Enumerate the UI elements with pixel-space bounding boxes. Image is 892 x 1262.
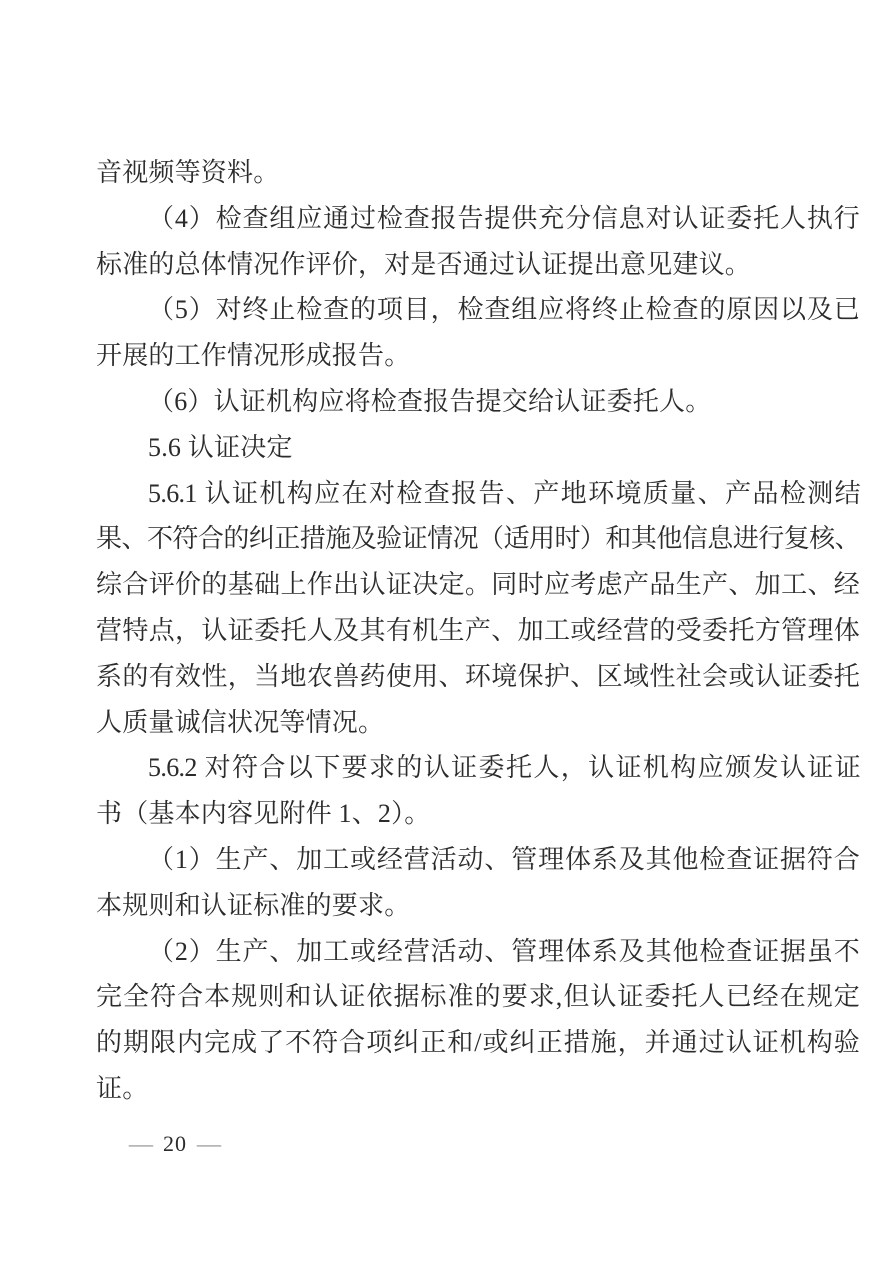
text-line: 本规则和认证标准的要求。: [96, 883, 860, 929]
text-line: 果、不符合的纠正措施及验证情况（适用时）和其他信息进行复核、: [96, 516, 860, 562]
text-line: 的期限内完成了不符合项纠正和/或纠正措施，并通过认证机构验: [96, 1020, 860, 1066]
text-line: 开展的工作情况形成报告。: [96, 333, 860, 379]
footer-dash-right: —: [197, 1131, 221, 1157]
text-line: 完全符合本规则和认证依据标准的要求,但认证委托人已经在规定: [96, 974, 860, 1020]
text-line: 5.6.2 对符合以下要求的认证委托人，认证机构应颁发认证证: [96, 745, 860, 791]
text-line: 书（基本内容见附件 1、2）。: [96, 791, 860, 837]
text-line: （2）生产、加工或经营活动、管理体系及其他检查证据虽不: [96, 929, 860, 975]
text-line: （6）认证机构应将检查报告提交给认证委托人。: [96, 379, 860, 425]
text-line: 5.6 认证决定: [96, 425, 860, 471]
text-line: 系的有效性，当地农兽药使用、环境保护、区域性社会或认证委托: [96, 654, 860, 700]
text-line: 综合评价的基础上作出认证决定。同时应考虑产品生产、加工、经: [96, 562, 860, 608]
text-line: （4）检查组应通过检查报告提供充分信息对认证委托人执行: [96, 196, 860, 242]
page-footer: — 20 —: [130, 1131, 220, 1157]
footer-dash-left: —: [129, 1131, 153, 1157]
text-line: 标准的总体情况作评价，对是否通过认证提出意见建议。: [96, 242, 860, 288]
document-body: 音视频等资料。（4）检查组应通过检查报告提供充分信息对认证委托人执行标准的总体情…: [96, 150, 860, 1112]
text-line: 人质量诚信状况等情况。: [96, 700, 860, 746]
text-line: （5）对终止检查的项目，检查组应将终止检查的原因以及已: [96, 287, 860, 333]
page-number: 20: [163, 1131, 187, 1157]
text-line: 营特点，认证委托人及其有机生产、加工或经营的受委托方管理体: [96, 608, 860, 654]
document-page: 音视频等资料。（4）检查组应通过检查报告提供充分信息对认证委托人执行标准的总体情…: [0, 0, 892, 1262]
text-line: 音视频等资料。: [96, 150, 860, 196]
text-line: 证。: [96, 1066, 860, 1112]
text-line: 5.6.1 认证机构应在对检查报告、产地环境质量、产品检测结: [96, 471, 860, 517]
text-line: （1）生产、加工或经营活动、管理体系及其他检查证据符合: [96, 837, 860, 883]
